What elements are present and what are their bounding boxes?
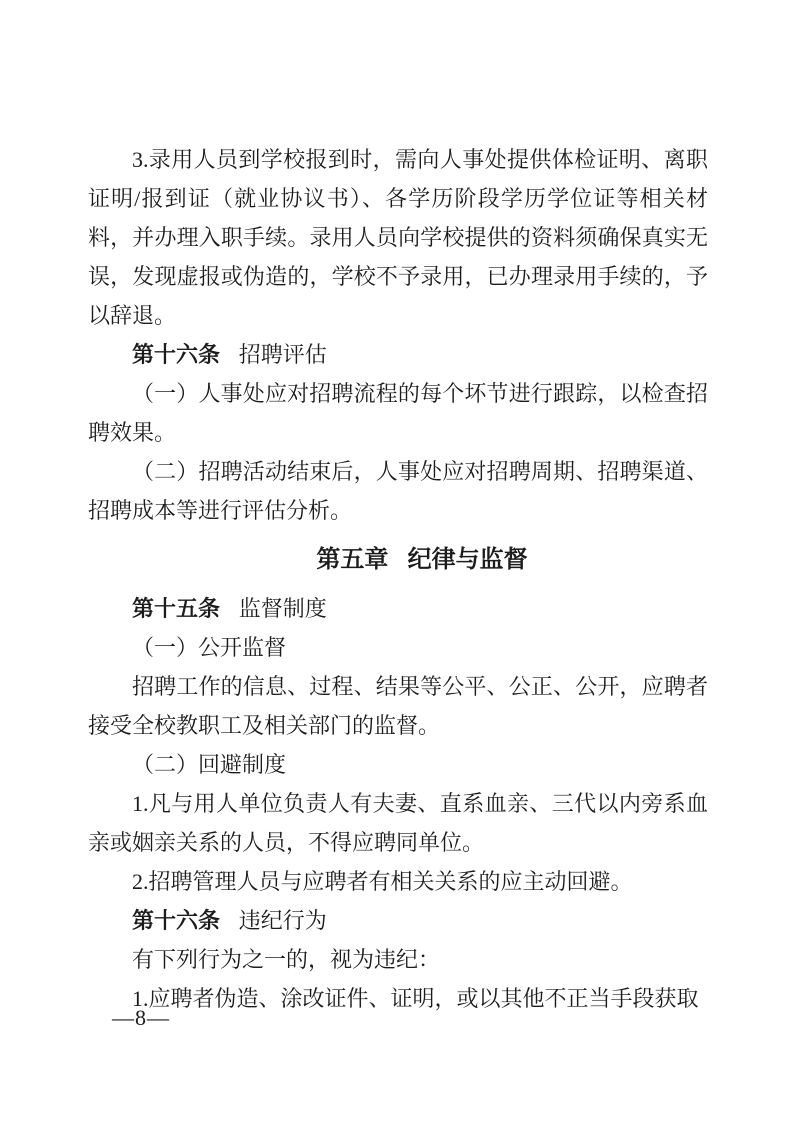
chapter-title: 纪律与监督 — [408, 546, 528, 573]
article-title: 违纪行为 — [239, 908, 327, 933]
para-supervision-scope: 招聘工作的信息、过程、结果等公平、公正、公开，应聘者接受全校教职工及相关部门的监… — [88, 667, 708, 745]
article-number: 第十六条 — [132, 908, 220, 933]
article-number: 第十六条 — [132, 342, 220, 367]
document-page: 3.录用人员到学校报到时，需向人事处提供体检证明、离职证明/报到证（就业协议书）… — [0, 0, 794, 1122]
para-avoidance-item-2: 2.招聘管理人员与应聘者有相关关系的应主动回避。 — [88, 862, 708, 901]
para-eval-item-1: （一）人事处应对招聘流程的每个坏节进行跟踪，以检查招聘效果。 — [88, 374, 708, 452]
para-violation-item-1: 1.应聘者伪造、涂改证件、证明，或以其他不正当手段获取 — [88, 979, 708, 1018]
chapter-5-heading: 第五章纪律与监督 — [88, 540, 708, 580]
article-number: 第十五条 — [132, 596, 220, 621]
document-body: 3.录用人员到学校报到时，需向人事处提供体检证明、离职证明/报到证（就业协议书）… — [88, 140, 708, 1018]
para-open-supervision: （一）公开监督 — [88, 628, 708, 667]
article-15-supervision-system-heading: 第十五条监督制度 — [88, 589, 708, 628]
para-report-materials: 3.录用人员到学校报到时，需向人事处提供体检证明、离职证明/报到证（就业协议书）… — [88, 140, 708, 335]
page-number: —8— — [112, 1003, 170, 1033]
para-eval-item-2: （二）招聘活动结束后，人事处应对招聘周期、招聘渠道、招聘成本等进行评估分析。 — [88, 452, 708, 530]
para-avoidance-item-1: 1.凡与用人单位负责人有夫妻、直系血亲、三代以内旁系血亲或姻亲关系的人员，不得应… — [88, 784, 708, 862]
article-title: 监督制度 — [239, 596, 327, 621]
chapter-number: 第五章 — [316, 546, 388, 573]
article-16-recruitment-evaluation-heading: 第十六条招聘评估 — [88, 335, 708, 374]
article-title: 招聘评估 — [239, 342, 327, 367]
para-avoidance-system: （二）回避制度 — [88, 745, 708, 784]
para-violations-intro: 有下列行为之一的，视为违纪： — [88, 940, 708, 979]
article-16-violations-heading: 第十六条违纪行为 — [88, 901, 708, 940]
